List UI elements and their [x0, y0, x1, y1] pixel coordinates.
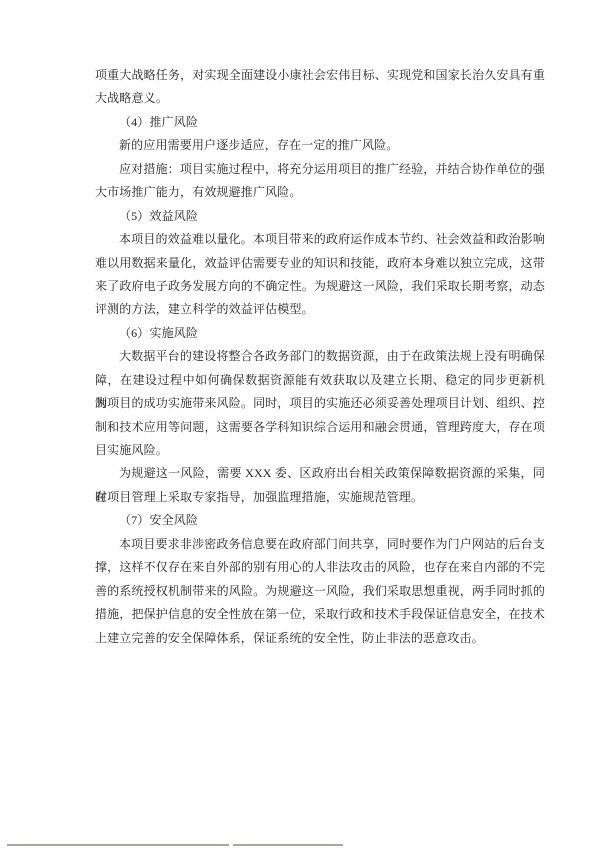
- page-bottom-edge-left: [7, 844, 229, 846]
- text-line: 评测的方法，建立科学的效益评估模型。: [95, 298, 545, 321]
- text-line: 目实施风险。: [95, 439, 545, 462]
- section-heading: （4）推广风险: [95, 111, 545, 134]
- document-page: 项重大战略任务，对实现全面建设小康社会宏伟目标、实现党和国家长治久安具有重 大战…: [0, 0, 600, 851]
- text-line: 撑，这样不仅存在来自外部的别有用心的人非法攻击的风险，也存在来自内部的不完: [95, 556, 545, 579]
- text-line: 为项目的成功实施带来风险。同时，项目的实施还必须妥善处理项目计划、组织、控: [95, 392, 545, 415]
- text-line: 上建立完善的安全保障体系，保证系统的安全性，防止非法的恶意攻击。: [95, 627, 545, 650]
- text-line: 大市场推广能力，有效规避推广风险。: [95, 181, 545, 204]
- text-line: 本项目要求非涉密政务信息要在政府部门间共享，同时要作为门户网站的后台支: [95, 533, 545, 556]
- section-heading: （6）实施风险: [95, 322, 545, 345]
- section-heading: （7）安全风险: [95, 509, 545, 532]
- text-line: 障，在建设过程中如何确保数据资源能有效获取以及建立长期、稳定的同步更新机制，: [95, 369, 545, 392]
- text-line: 善的系统授权机制带来的风险。为规避这一风险，我们采取思想重视，两手同时抓的: [95, 580, 545, 603]
- text-line: 难以用数据来量化，效益评估需要专业的知识和技能，政府本身难以独立完成，这带: [95, 252, 545, 275]
- text-line: 本项目的效益难以量化。本项目带来的政府运作成本节约、社会效益和政治影响: [95, 228, 545, 251]
- text-line: 应对措施：项目实施过程中，将充分运用项目的推广经验，并结合协作单位的强: [95, 158, 545, 181]
- section-heading: （5）效益风险: [95, 205, 545, 228]
- text-line: 措施，把保护信息的安全性放在第一位，采取行政和技术手段保证信息安全，在技术: [95, 603, 545, 626]
- text-line: 新的应用需要用户逐步适应，存在一定的推广风险。: [95, 134, 545, 157]
- text-line: 大战略意义。: [95, 87, 545, 110]
- text-line: 项重大战略任务，对实现全面建设小康社会宏伟目标、实现党和国家长治久安具有重: [95, 64, 545, 87]
- text-line: 制和技术应用等问题，这需要各学科知识综合运用和融会贯通，管理跨度大，存在项: [95, 416, 545, 439]
- text-line: 在项目管理上采取专家指导，加强监理措施，实施规范管理。: [95, 486, 545, 509]
- document-text-block: 项重大战略任务，对实现全面建设小康社会宏伟目标、实现党和国家长治久安具有重 大战…: [95, 64, 545, 650]
- text-line: 来了政府电子政务发展方向的不确定性。为规避这一风险，我们采取长期考察，动态: [95, 275, 545, 298]
- text-line: 为规避这一风险，需要 XXX 委、区政府出台相关政策保障数据资源的采集，同时: [95, 462, 545, 485]
- page-bottom-edge-right: [233, 844, 343, 846]
- text-line: 大数据平台的建设将整合各政务部门的数据资源，由于在政策法规上没有明确保: [95, 345, 545, 368]
